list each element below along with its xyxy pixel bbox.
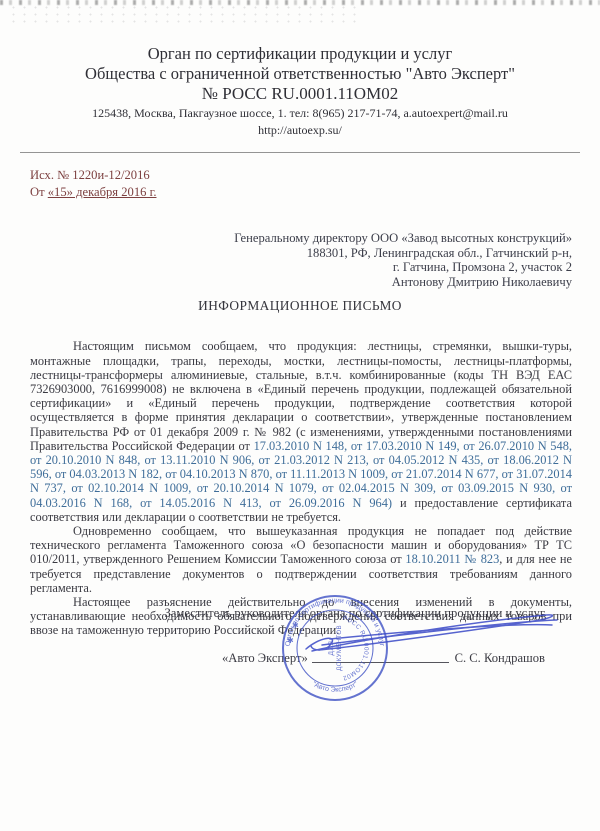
paragraph-1: Настоящим письмом сообщаем, что продукци…: [30, 339, 572, 524]
date-value: «15» декабря 2016 г.: [48, 185, 157, 199]
recipient-line: 188301, РФ, Ленинградская обл., Гатчинск…: [0, 246, 572, 261]
recipient-line: г. Гатчина, Промзона 2, участок 2: [0, 260, 572, 275]
signature-block: Заместитель руководителя органа по серти…: [30, 606, 572, 666]
signature-ruled-line: [312, 661, 449, 663]
signature-row: «Авто Эксперт» С. С. Кондрашов: [222, 651, 545, 666]
signer-org: «Авто Эксперт»: [222, 651, 308, 666]
recipient-block: Генеральному директору ООО «Завод высотн…: [0, 231, 572, 289]
org-name-line1: Орган по сертификации продукции и услуг: [0, 44, 600, 64]
p1-text: Настоящим письмом сообщаем, что продукци…: [30, 339, 572, 452]
signer-name: С. С. Кондрашов: [455, 651, 545, 666]
org-address: 125438, Москва, Пакгаузное шоссе, 1. тел…: [0, 106, 600, 121]
recipient-line: Генеральному директору ООО «Завод высотн…: [0, 231, 572, 246]
scanned-letter-page: Орган по сертификации продукции и услуг …: [0, 0, 600, 831]
date-prefix: От: [30, 185, 48, 199]
org-registration-number: № РОСС RU.0001.11ОМ02: [0, 84, 600, 104]
reference-block: Исх. № 1220и-12/2016 От «15» декабря 201…: [30, 167, 600, 201]
paragraph-2: Одновременно сообщаем, что вышеуказанная…: [30, 524, 572, 595]
scan-noise-speckles: [8, 4, 356, 26]
outgoing-date: От «15» декабря 2016 г.: [30, 184, 600, 201]
org-name-line2: Общества с ограниченной ответственностью…: [0, 64, 600, 84]
outgoing-number: Исх. № 1220и-12/2016: [30, 167, 600, 184]
recipient-line: Антонову Дмитрию Николаевичу: [0, 275, 572, 290]
org-website: http://autoexp.su/: [0, 123, 600, 138]
signer-position: Заместитель руководителя органа по серти…: [30, 606, 545, 621]
letterhead-divider: [20, 152, 580, 153]
letter-body: Настоящим письмом сообщаем, что продукци…: [30, 339, 572, 637]
document-title: ИНФОРМАЦИОННОЕ ПИСЬМО: [0, 298, 600, 314]
stamp-bottom-text: "Авто Эксперт": [311, 681, 360, 694]
p2-decision-date: 18.10.2011 № 823: [405, 552, 499, 566]
